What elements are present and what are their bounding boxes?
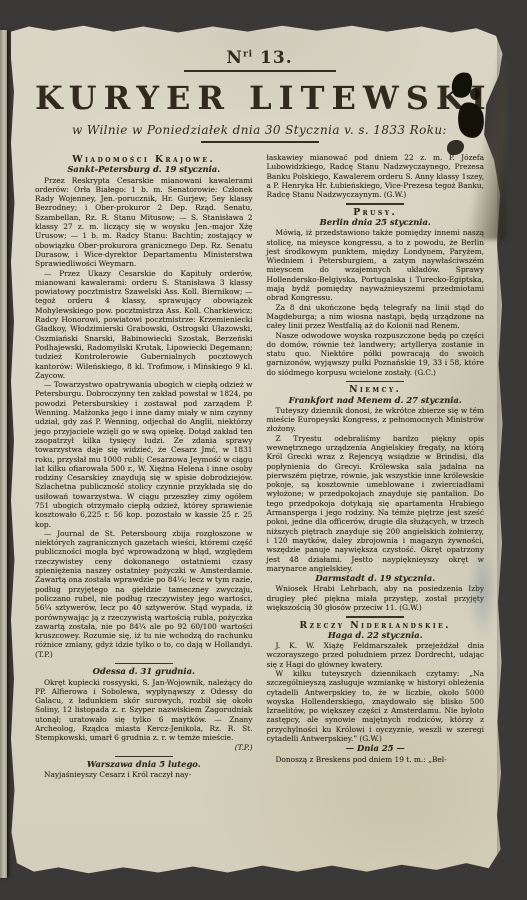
issue-n: N	[226, 48, 243, 68]
left-column: Wiadomości Krajowe. Sankt-Petersburg d. …	[35, 153, 253, 780]
section-divider	[346, 381, 404, 382]
article-paragraph: — Journal de St. Petersbourg zbija rozgł…	[35, 529, 253, 659]
article-dateline-frankfort: Frankfort nad Menem d. 27 stycznia.	[267, 396, 485, 405]
blue-smudge-stain	[468, 540, 498, 640]
section-heading-krajowe: Wiadomości Krajowe.	[35, 155, 253, 164]
issue-rule	[184, 70, 336, 72]
article-paragraph: Nayjaśnieyszy Cesarz i Król raczył nay-	[35, 770, 253, 779]
article-paragraph: Za 8 dni ukończone będą telegrafy na lin…	[267, 303, 485, 331]
article-paragraph: Przez Reskrypta Cesarskie mianowani kawa…	[35, 176, 253, 269]
issue-superscript: ri	[243, 49, 253, 59]
section-heading-niderlandskie: Rzeczy Niderlandskie.	[267, 621, 485, 630]
article-paragraph: W kilku tuteyszych dziennikach czytamy: …	[267, 669, 485, 743]
article-paragraph: Wniosek Hrabi Lehrbach, aby na posiedzen…	[267, 584, 485, 612]
adjacent-page-edge	[0, 30, 7, 878]
article-credit: (T.P.)	[35, 743, 253, 752]
article-paragraph: Tuteyszy dziennik donosi, że wkrótce zbi…	[267, 406, 485, 434]
article-dateline-darmstadt: Darmstadt d. 19 stycznia.	[267, 574, 485, 583]
article-paragraph: Mówią, iż przedstawiono także pomiędzy i…	[267, 228, 485, 302]
body-columns: Wiadomości Krajowe. Sankt-Petersburg d. …	[35, 153, 484, 780]
article-dateline-haga: Haga d. 22 stycznia.	[267, 631, 485, 640]
article-paragraph: łaskawiey mianować pod dniem 22 z. m. P.…	[267, 153, 485, 199]
article-dateline-warszawa: Warszawa dnia 5 lutego.	[35, 760, 253, 769]
article-dateline-dnia: — Dnia 25 —	[267, 744, 485, 753]
masthead-rule	[201, 141, 319, 143]
newspaper-page: Nri 13. KURYER LITEWSKI. w Wilnie w Poni…	[9, 24, 506, 875]
article-dateline-odessa: Odessa d. 31 grudnia.	[35, 667, 253, 676]
article-paragraph: J. K. W. Xiążę Feldmarszałek przejeżdżał…	[267, 641, 485, 669]
issue-num: 13.	[260, 48, 293, 68]
section-divider	[346, 203, 404, 204]
section-divider	[115, 663, 173, 664]
article-paragraph: — Przez Ukazy Cesarskie do Kapituły orde…	[35, 269, 253, 381]
page-content: Nri 13. KURYER LITEWSKI. w Wilnie w Poni…	[9, 24, 506, 780]
section-heading-niemcy: Niemcy.	[267, 385, 485, 394]
article-dateline-petersburg: Sankt-Petersburg d. 19 stycznia.	[35, 165, 253, 174]
article-dateline-berlin: Berlin dnia 25 stycznia.	[267, 218, 485, 227]
ink-stain	[470, 88, 480, 100]
article-paragraph: Okręt kupiecki rossyyski, S. Jan-Wojowni…	[35, 678, 253, 743]
masthead: Nri 13. KURYER LITEWSKI. w Wilnie w Poni…	[35, 48, 484, 143]
article-paragraph: Donoszą z Breskens pod dniem 19 t. m.: „…	[267, 755, 485, 764]
newspaper-title: KURYER LITEWSKI.	[35, 79, 484, 117]
masthead-dateline: w Wilnie w Poniedziałek dnia 30 Stycznia…	[35, 123, 484, 137]
section-heading-prusy: Prusy.	[267, 208, 485, 217]
right-column: łaskawiey mianować pod dniem 22 z. m. P.…	[267, 153, 485, 780]
article-paragraph: Z Tryestu odebraliśmy bardzo piękny opis…	[267, 434, 485, 573]
section-divider	[115, 756, 173, 757]
right-edge-shadow	[497, 24, 511, 875]
section-divider	[346, 616, 404, 617]
issue-number: Nri 13.	[35, 48, 484, 68]
article-paragraph: Nasze odwodowe woyska rozpuszczone będą …	[267, 331, 485, 377]
article-paragraph: — Towarzystwo opatrywania ubogich w ciep…	[35, 380, 253, 529]
